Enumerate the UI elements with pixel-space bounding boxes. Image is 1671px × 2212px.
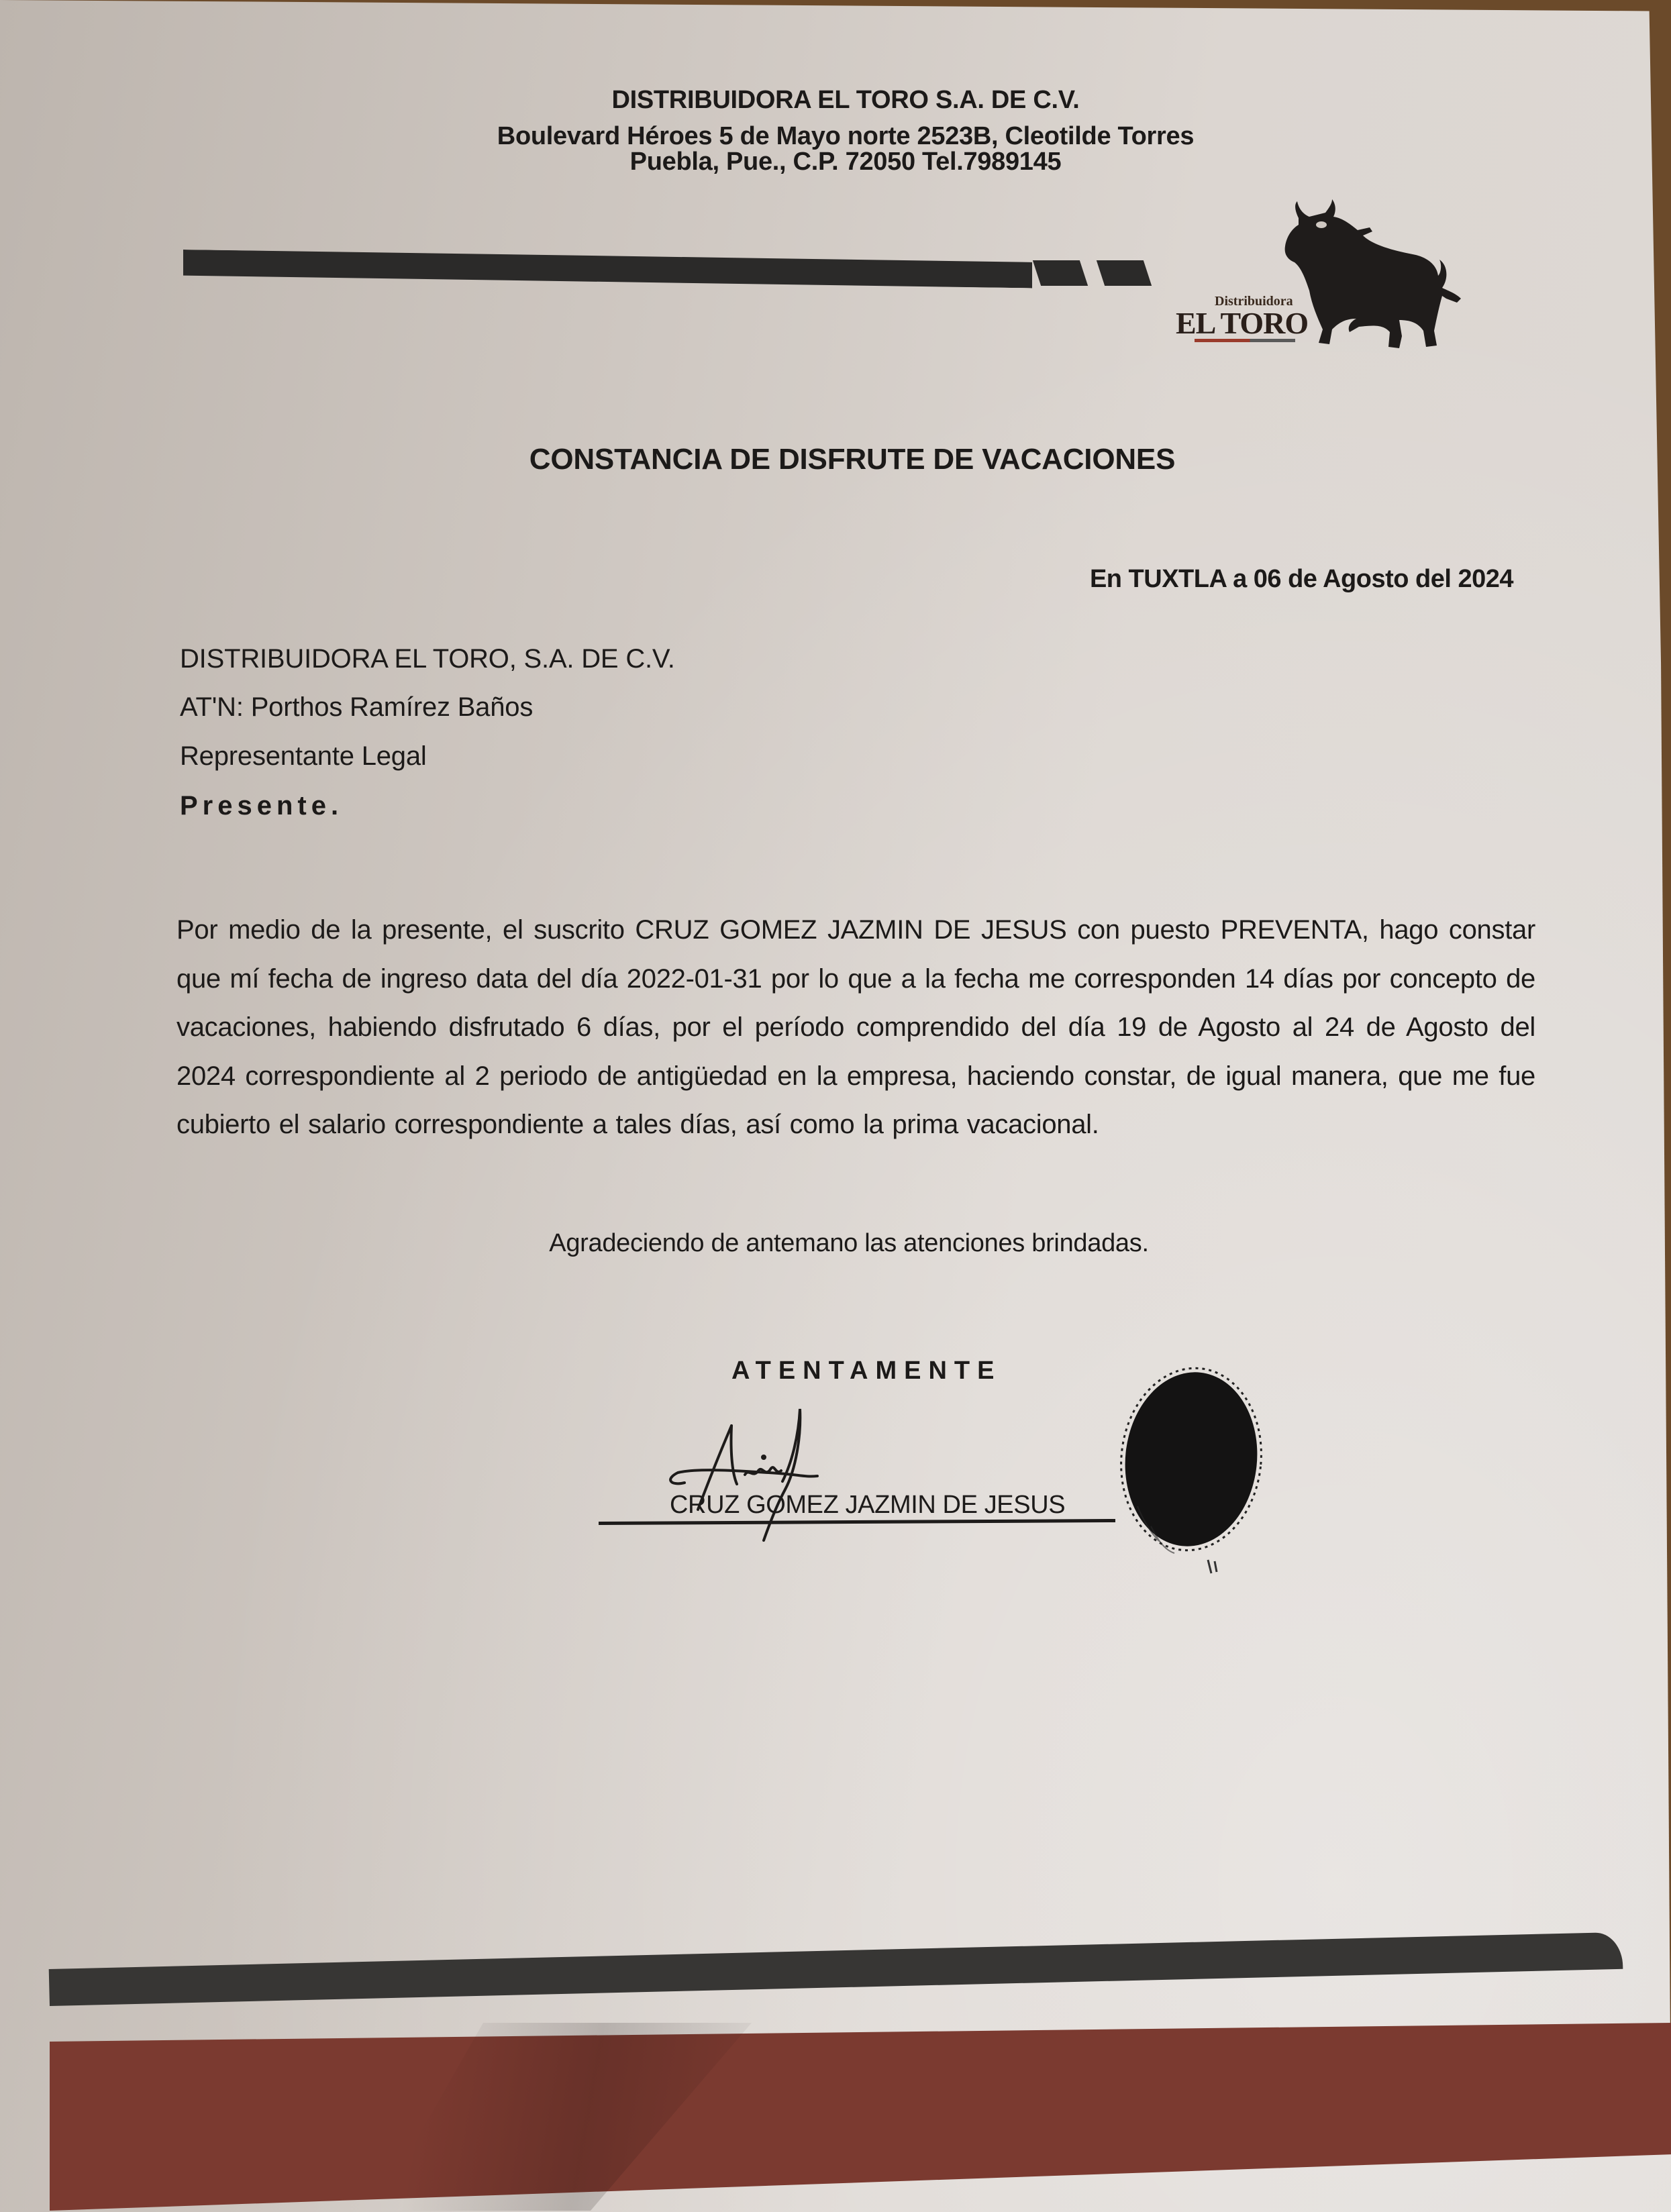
sign-off: ATENTAMENTE	[731, 1357, 1001, 1385]
place-and-date: En TUXTLA a 06 de Agosto del 2024	[1090, 565, 1513, 594]
addressee-company: DISTRIBUIDORA EL TORO, S.A. DE C.V.	[180, 645, 675, 672]
letterhead-company: DISTRIBUIDORA EL TORO S.A. DE C.V.	[0, 87, 1671, 113]
addressee-role: Representante Legal	[180, 743, 427, 770]
body-paragraph: Por medio de la presente, el suscrito CR…	[176, 906, 1535, 1149]
addressee-attention: AT'N: Porthos Ramírez Baños	[180, 694, 533, 721]
fingerprint-mark	[1111, 1359, 1265, 1580]
header-decorative-dash	[1097, 260, 1152, 286]
closing-line: Agradeciendo de antemano las atenciones …	[0, 1229, 1671, 1258]
logo-el-toro-text: EL TORO	[1176, 305, 1308, 341]
letterhead-address-line1: Boulevard Héroes 5 de Mayo norte 2523B, …	[0, 123, 1671, 149]
document-title: CONSTANCIA DE DISFRUTE DE VACACIONES	[0, 443, 1671, 476]
logo-tagline-line	[1195, 339, 1295, 342]
letterhead-address-line2: Puebla, Pue., C.P. 72050 Tel.7989145	[0, 149, 1671, 174]
signer-name: CRUZ GOMEZ JAZMIN DE JESUS	[670, 1491, 1065, 1520]
header-decorative-dash	[1033, 260, 1088, 286]
addressee-greeting: Presente.	[180, 792, 343, 819]
